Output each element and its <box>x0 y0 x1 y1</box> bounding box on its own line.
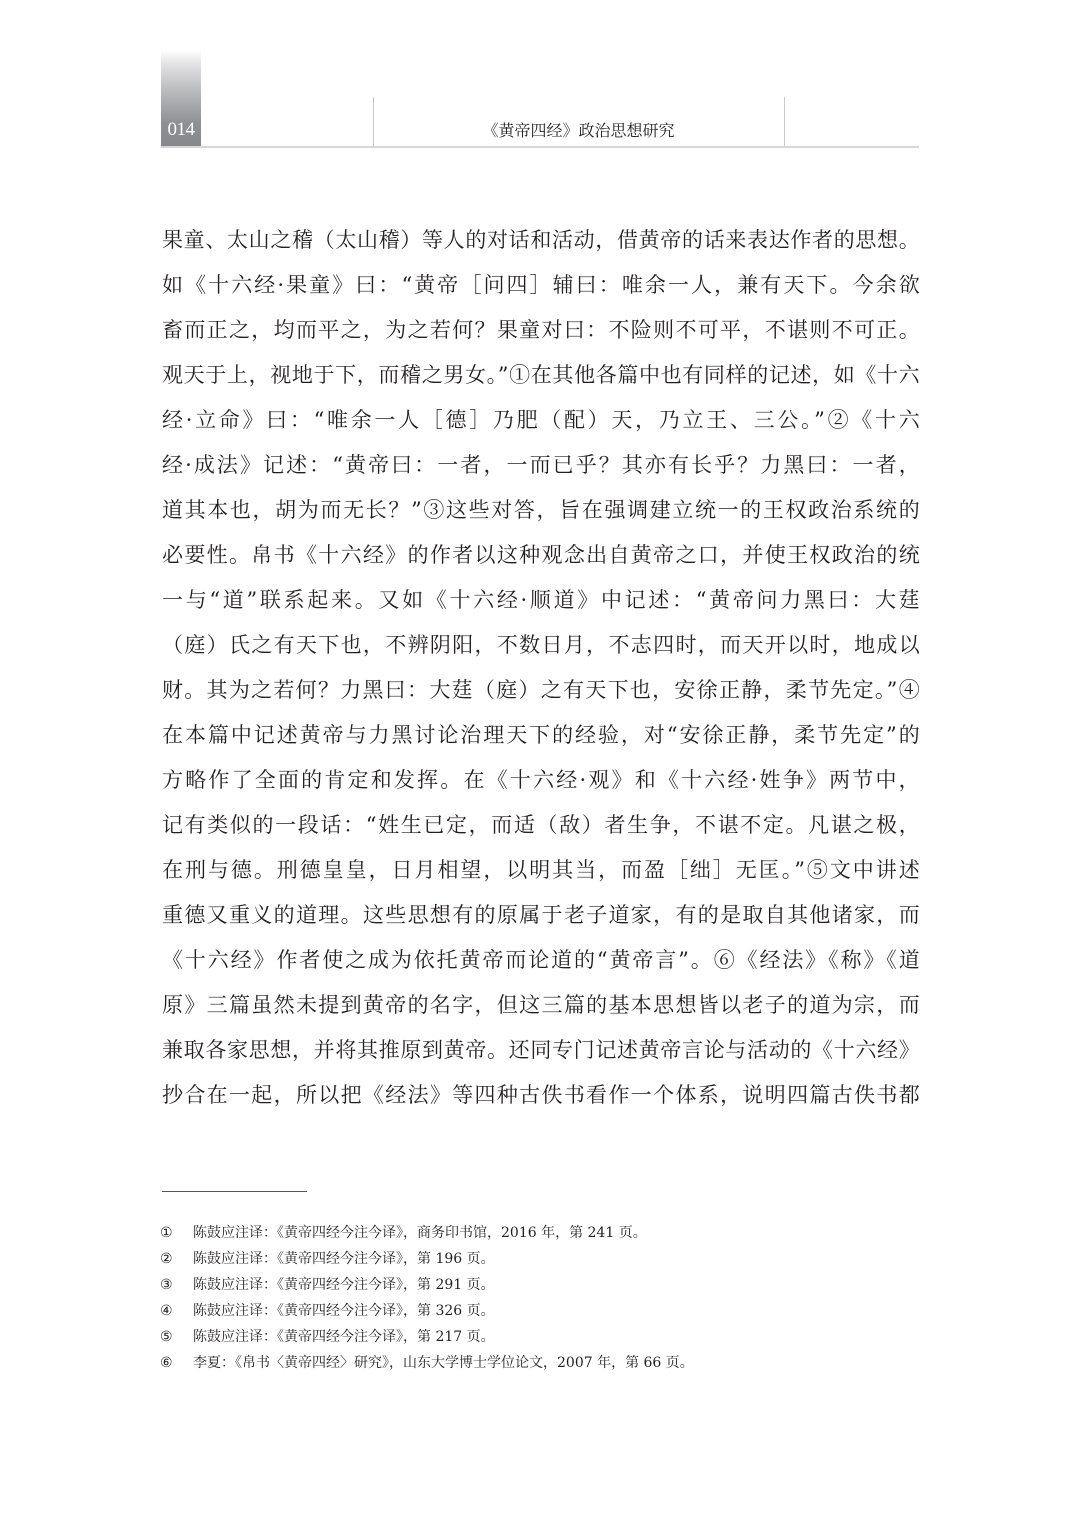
page-number-tab: 014 <box>161 50 201 147</box>
text-line: 兼取各家思想，并将其推原到黄帝。还同专门记述黄帝言论与活动的《十六经》 <box>162 1028 920 1073</box>
footnote: ②陈鼓应注译：《黄帝四经今注今译》，第 196 页。 <box>160 1246 920 1272</box>
text-line: 观天于上，视地于下，而稽之男女。”①在其他各篇中也有同样的记述，如《十六 <box>162 353 920 398</box>
footnote: ①陈鼓应注译：《黄帝四经今注今译》，商务印书馆，2016 年，第 241 页。 <box>160 1220 920 1246</box>
footnote: ③陈鼓应注译：《黄帝四经今注今译》，第 291 页。 <box>160 1272 920 1298</box>
text-line: 财。其为之若何？力黑曰：大莛（庭）之有天下也，安徐正静，柔节先定。”④ <box>162 668 920 713</box>
footnote-text: 李夏：《帛书〈黄帝四经〉研究》，山东大学博士学位论文，2007 年，第 66 页… <box>193 1355 694 1371</box>
text-line: （庭）氏之有天下也，不辨阴阳，不数日月，不志四时，而天开以时，地成以 <box>162 623 920 668</box>
footnote-mark: ① <box>160 1220 193 1246</box>
running-title: 《黄帝四经》政治思想研究 <box>373 118 784 141</box>
text-line: 经·成法》记述：“黄帝曰：一者，一而已乎？其亦有长乎？力黑曰：一者， <box>162 443 920 488</box>
text-line: 重德又重义的道理。这些思想有的原属于老子道家，有的是取自其他诸家，而 <box>162 893 920 938</box>
footnote: ④陈鼓应注译：《黄帝四经今注今译》，第 326 页。 <box>160 1298 920 1324</box>
footnote-mark: ④ <box>160 1298 193 1324</box>
header-divider-right <box>784 97 785 147</box>
text-line: 道其本也，胡为而无长？”③这些对答，旨在强调建立统一的王权政治系统的 <box>162 488 920 533</box>
text-line: 记有类似的一段话：“姓生已定，而适（敌）者生争，不谌不定。凡谌之极， <box>162 803 920 848</box>
text-line: 果童、太山之稽（太山稽）等人的对话和活动，借黄帝的话来表达作者的思想。 <box>162 218 920 263</box>
footnote: ⑥李夏：《帛书〈黄帝四经〉研究》，山东大学博士学位论文，2007 年，第 66 … <box>160 1350 920 1376</box>
footnote-text: 陈鼓应注译：《黄帝四经今注今译》，第 291 页。 <box>193 1277 495 1293</box>
text-line: 《十六经》作者使之成为依托黄帝而论道的“黄帝言”。⑥《经法》《称》《道 <box>162 938 920 983</box>
footnote-mark: ③ <box>160 1272 193 1298</box>
page-header: 014 《黄帝四经》政治思想研究 <box>161 50 919 148</box>
text-line: 如《十六经·果童》曰：“黄帝［问四］辅曰：唯余一人，兼有天下。今余欲 <box>162 263 920 308</box>
footnote: ⑤陈鼓应注译：《黄帝四经今注今译》，第 217 页。 <box>160 1324 920 1350</box>
text-line: 抄合在一起，所以把《经法》等四种古佚书看作一个体系，说明四篇古佚书都 <box>162 1073 920 1118</box>
footnote-mark: ⑤ <box>160 1324 193 1350</box>
page-number: 014 <box>161 119 201 141</box>
body-text: 果童、太山之稽（太山稽）等人的对话和活动，借黄帝的话来表达作者的思想。 如《十六… <box>162 218 920 1118</box>
text-line: 必要性。帛书《十六经》的作者以这种观念出自黄帝之口，并使王权政治的统 <box>162 533 920 578</box>
footnote-text: 陈鼓应注译：《黄帝四经今注今译》，第 196 页。 <box>193 1251 495 1267</box>
footnote-separator <box>162 1191 307 1192</box>
footnote-text: 陈鼓应注译：《黄帝四经今注今译》，第 326 页。 <box>193 1303 495 1319</box>
text-line: 方略作了全面的肯定和发挥。在《十六经·观》和《十六经·姓争》两节中， <box>162 758 920 803</box>
text-line: 原》三篇虽然未提到黄帝的名字，但这三篇的基本思想皆以老子的道为宗，而 <box>162 983 920 1028</box>
text-line: 一与“道”联系起来。又如《十六经·顺道》中记述：“黄帝问力黑曰：大莛 <box>162 578 920 623</box>
footnote-mark: ⑥ <box>160 1350 193 1376</box>
footnotes: ①陈鼓应注译：《黄帝四经今注今译》，商务印书馆，2016 年，第 241 页。 … <box>160 1220 920 1376</box>
text-line: 在本篇中记述黄帝与力黑讨论治理天下的经验，对“安徐正静，柔节先定”的 <box>162 713 920 758</box>
text-line: 在刑与德。刑德皇皇，日月相望，以明其当，而盈［绌］无匡。”⑤文中讲述 <box>162 848 920 893</box>
footnote-text: 陈鼓应注译：《黄帝四经今注今译》，第 217 页。 <box>193 1329 495 1345</box>
text-line: 经·立命》曰：“唯余一人［德］乃肥（配）天，乃立王、三公。”②《十六 <box>162 398 920 443</box>
footnote-text: 陈鼓应注译：《黄帝四经今注今译》，商务印书馆，2016 年，第 241 页。 <box>193 1225 647 1241</box>
header-rule <box>161 146 919 148</box>
footnote-mark: ② <box>160 1246 193 1272</box>
text-line: 畜而正之，均而平之，为之若何？果童对曰：不险则不可平，不谌则不可正。 <box>162 308 920 353</box>
